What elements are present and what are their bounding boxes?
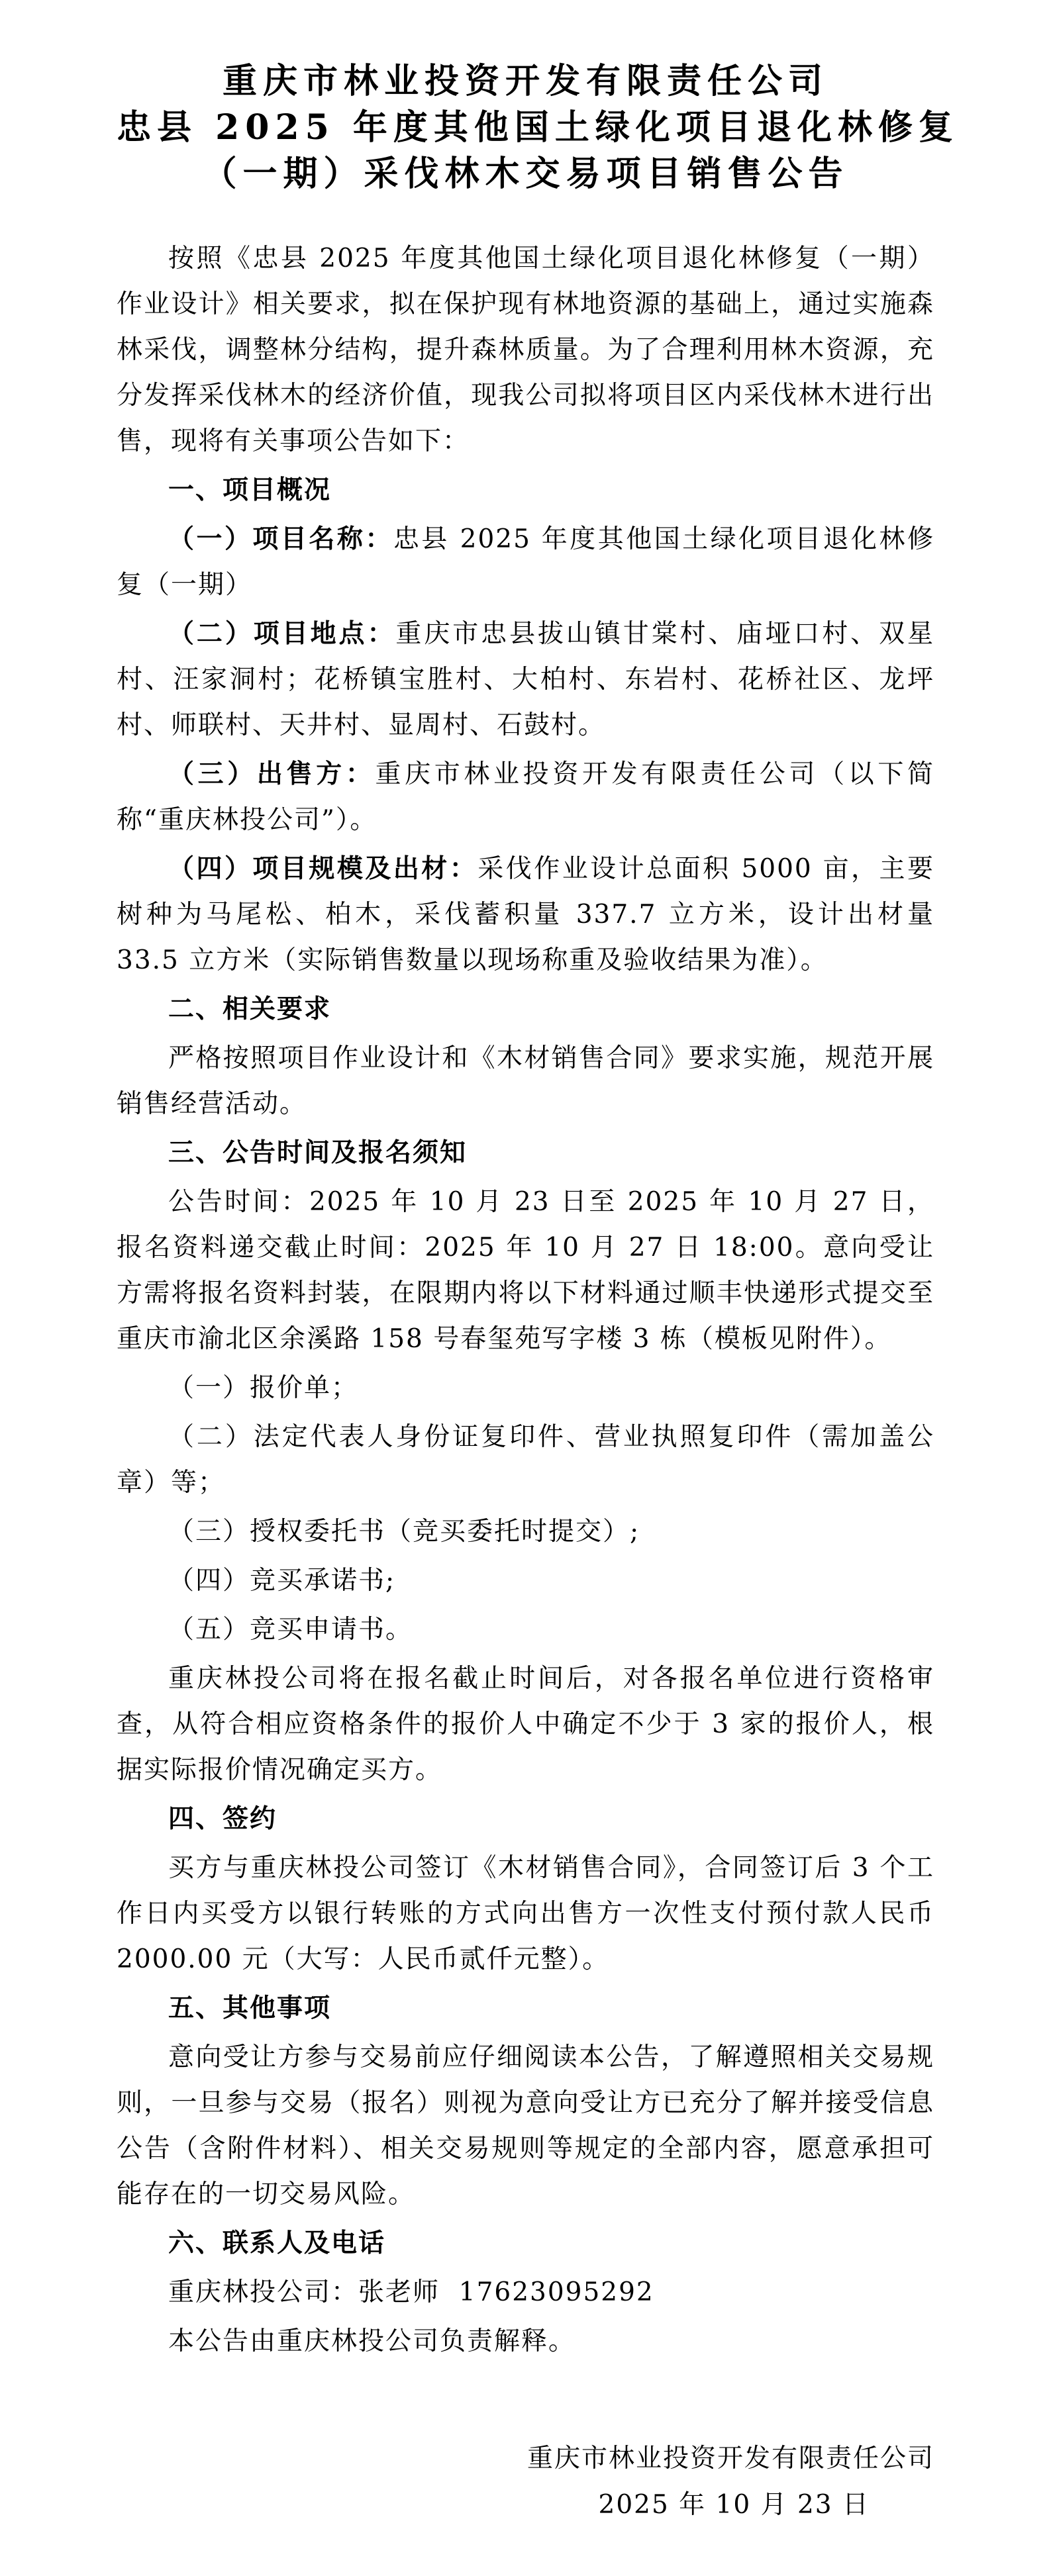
project-scale-paragraph: （四）项目规模及出材：采伐作业设计总面积 5000 亩，主要树种为马尾松、柏木，… [117,846,934,983]
document-title: 重庆市林业投资开发有限责任公司 忠县 2025 年度其他国土绿化项目退化林修复 … [117,58,934,197]
project-name-label: （一）项目名称： [168,524,393,554]
section-4-heading: 四、签约 [117,1796,934,1842]
section-2-heading: 二、相关要求 [117,986,934,1032]
section-5-heading: 五、其他事项 [117,1985,934,2031]
requirements-paragraph: 严格按照项目作业设计和《木材销售合同》要求实施，规范开展销售经营活动。 [117,1035,934,1127]
project-scale-label: （四）项目规模及出材： [168,853,477,884]
material-item-authorization: （三）授权委托书（竞买委托时提交）; [117,1509,934,1554]
schedule-paragraph: 公告时间：2025 年 10 月 23 日至 2025 年 10 月 27 日，… [117,1179,934,1362]
signature-company: 重庆市林业投资开发有限责任公司 [117,2436,934,2482]
section-contact: 六、联系人及电话 重庆林投公司：张老师 17623095292 本公告由重庆林投… [117,2220,934,2364]
section-other-matters: 五、其他事项 意向受让方参与交易前应仔细阅读本公告，了解遵照相关交易规则，一旦参… [117,1985,934,2217]
section-6-heading: 六、联系人及电话 [117,2220,934,2266]
section-1-heading: 一、项目概况 [117,467,934,513]
section-contract-signing: 四、签约 买方与重庆林投公司签订《木材销售合同》，合同签订后 3 个工作日内买受… [117,1796,934,1982]
signature-block: 重庆市林业投资开发有限责任公司 2025 年 10 月 23 日 [117,2436,934,2528]
project-name-paragraph: （一）项目名称：忠县 2025 年度其他国土绿化项目退化林修复（一期） [117,516,934,608]
title-line-company: 重庆市林业投资开发有限责任公司 [117,58,934,105]
material-item-commitment: （四）竞买承诺书; [117,1558,934,1603]
material-item-id-license: （二）法定代表人身份证复印件、营业执照复印件（需加盖公章）等； [117,1414,934,1505]
risk-notice-paragraph: 意向受让方参与交易前应仔细阅读本公告，了解遵照相关交易规则，一旦参与交易（报名）… [117,2034,934,2217]
section-requirements: 二、相关要求 严格按照项目作业设计和《木材销售合同》要求实施，规范开展销售经营活… [117,986,934,1127]
signature-date: 2025 年 10 月 23 日 [117,2482,934,2528]
material-item-application: （五）竞买申请书。 [117,1607,934,1652]
section-3-heading: 三、公告时间及报名须知 [117,1130,934,1176]
section-project-overview: 一、项目概况 （一）项目名称：忠县 2025 年度其他国土绿化项目退化林修复（一… [117,467,934,983]
seller-label: （三）出售方： [168,759,375,789]
interpretation-paragraph: 本公告由重庆林投公司负责解释。 [117,2318,934,2364]
intro-paragraph: 按照《忠县 2025 年度其他国土绿化项目退化林修复（一期）作业设计》相关要求，… [117,236,934,464]
contact-phone-paragraph: 重庆林投公司：张老师 17623095292 [117,2269,934,2315]
qualification-review-paragraph: 重庆林投公司将在报名截止时间后，对各报名单位进行资格审查，从符合相应资格条件的报… [117,1656,934,1793]
seller-paragraph: （三）出售方：重庆市林业投资开发有限责任公司（以下简称“重庆林投公司”）。 [117,751,934,843]
title-line-project: 忠县 2025 年度其他国土绿化项目退化林修复 [117,105,934,151]
contract-paragraph: 买方与重庆林投公司签订《木材销售合同》，合同签订后 3 个工作日内买受方以银行转… [117,1845,934,1982]
title-line-announcement: （一期）采伐林木交易项目销售公告 [117,151,934,197]
project-location-label: （二）项目地点： [168,618,395,649]
project-location-paragraph: （二）项目地点：重庆市忠县拔山镇甘棠村、庙垭口村、双星村、汪家洞村；花桥镇宝胜村… [117,611,934,748]
announcement-document-page: 重庆市林业投资开发有限责任公司 忠县 2025 年度其他国土绿化项目退化林修复 … [0,0,1051,2576]
material-item-quotation: （一）报价单； [117,1365,934,1411]
section-schedule-registration: 三、公告时间及报名须知 公告时间：2025 年 10 月 23 日至 2025 … [117,1130,934,1793]
